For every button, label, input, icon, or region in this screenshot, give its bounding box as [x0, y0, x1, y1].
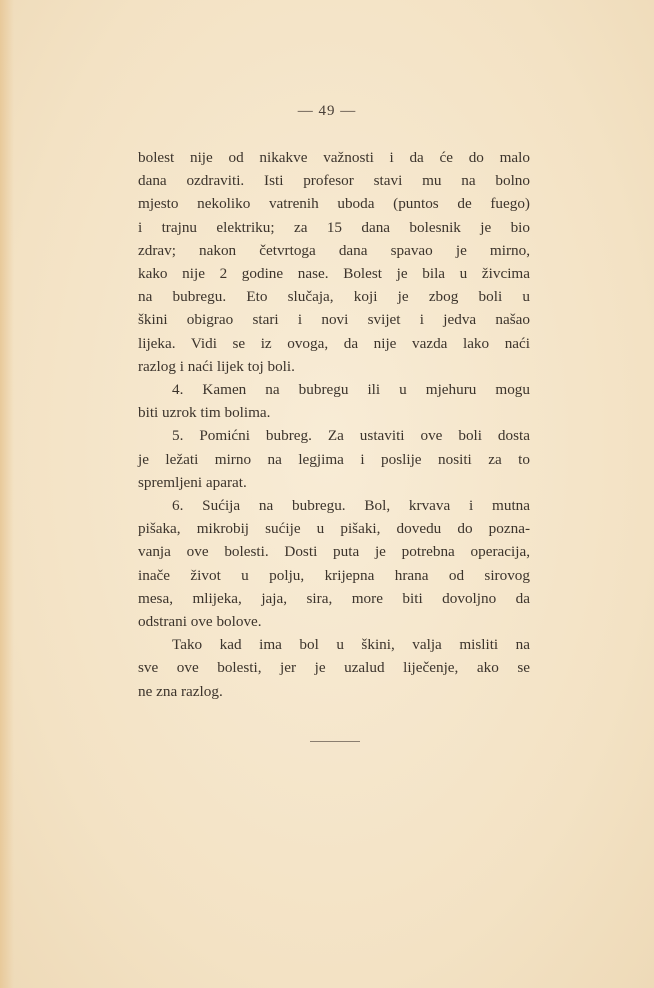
text-line: spremljeni aparat. — [138, 471, 530, 494]
text-line: škini obigrao stari i novi svijet i jedv… — [138, 308, 530, 331]
text-line: sve ove bolesti, jer je uzalud liječenje… — [138, 656, 530, 679]
paragraph-kidney-tuberculosis: 6. Sućija na bubregu. Bol, krvava i mutn… — [138, 494, 530, 633]
text-line: 6. Sućija na bubregu. Bol, krvava i mutn… — [138, 494, 530, 517]
page-number: — 49 — — [0, 103, 654, 120]
text-line: pišaka, mikrobij sućije u pišaki, dovedu… — [138, 517, 530, 540]
text-line: zdrav; nakon četvrtoga dana spavao je mi… — [138, 239, 530, 262]
text-line: kako nije 2 godine nase. Bolest je bila … — [138, 262, 530, 285]
paragraph-floating-kidney: 5. Pomićni bubreg. Za ustaviti ove boli … — [138, 424, 530, 494]
text-line: ne zna razlog. — [138, 680, 530, 703]
section-end-rule — [310, 741, 360, 742]
text-line: dana ozdraviti. Isti profesor stavi mu n… — [138, 169, 530, 192]
text-line: je ležati mirno na legjima i poslije nos… — [138, 448, 530, 471]
text-line: 4. Kamen na bubregu ili u mjehuru mogu — [138, 378, 530, 401]
text-line: mjesto nekoliko vatrenih uboda (puntos d… — [138, 192, 530, 215]
text-line: razlog i naći lijek toj boli. — [138, 355, 530, 378]
text-line: lijeka. Vidi se iz ovoga, da nije vazda … — [138, 332, 530, 355]
text-line: vanja ove bolesti. Dosti puta je potrebn… — [138, 540, 530, 563]
text-line: Tako kad ima bol u škini, valja misliti … — [138, 633, 530, 656]
text-line: 5. Pomićni bubreg. Za ustaviti ove boli … — [138, 424, 530, 447]
text-line: mesa, mlijeka, jaja, sira, more biti dov… — [138, 587, 530, 610]
paragraph-kidney-stone: 4. Kamen na bubregu ili u mjehuru mogu b… — [138, 378, 530, 424]
text-line: na bubregu. Eto slučaja, koji je zbog bo… — [138, 285, 530, 308]
paragraph-conclusion: Tako kad ima bol u škini, valja misliti … — [138, 633, 530, 703]
text-line: bolest nije od nikakve važnosti i da će … — [138, 146, 530, 169]
paragraph: bolest nije od nikakve važnosti i da će … — [138, 146, 530, 378]
text-line: biti uzrok tim bolima. — [138, 401, 530, 424]
body-text: bolest nije od nikakve važnosti i da će … — [138, 146, 530, 703]
text-line: i trajnu elektriku; za 15 dana bolesnik … — [138, 216, 530, 239]
text-line: odstrani ove bolove. — [138, 610, 530, 633]
page-edge-shadow — [0, 0, 14, 988]
text-line: inače život u polju, krijepna hrana od s… — [138, 564, 530, 587]
